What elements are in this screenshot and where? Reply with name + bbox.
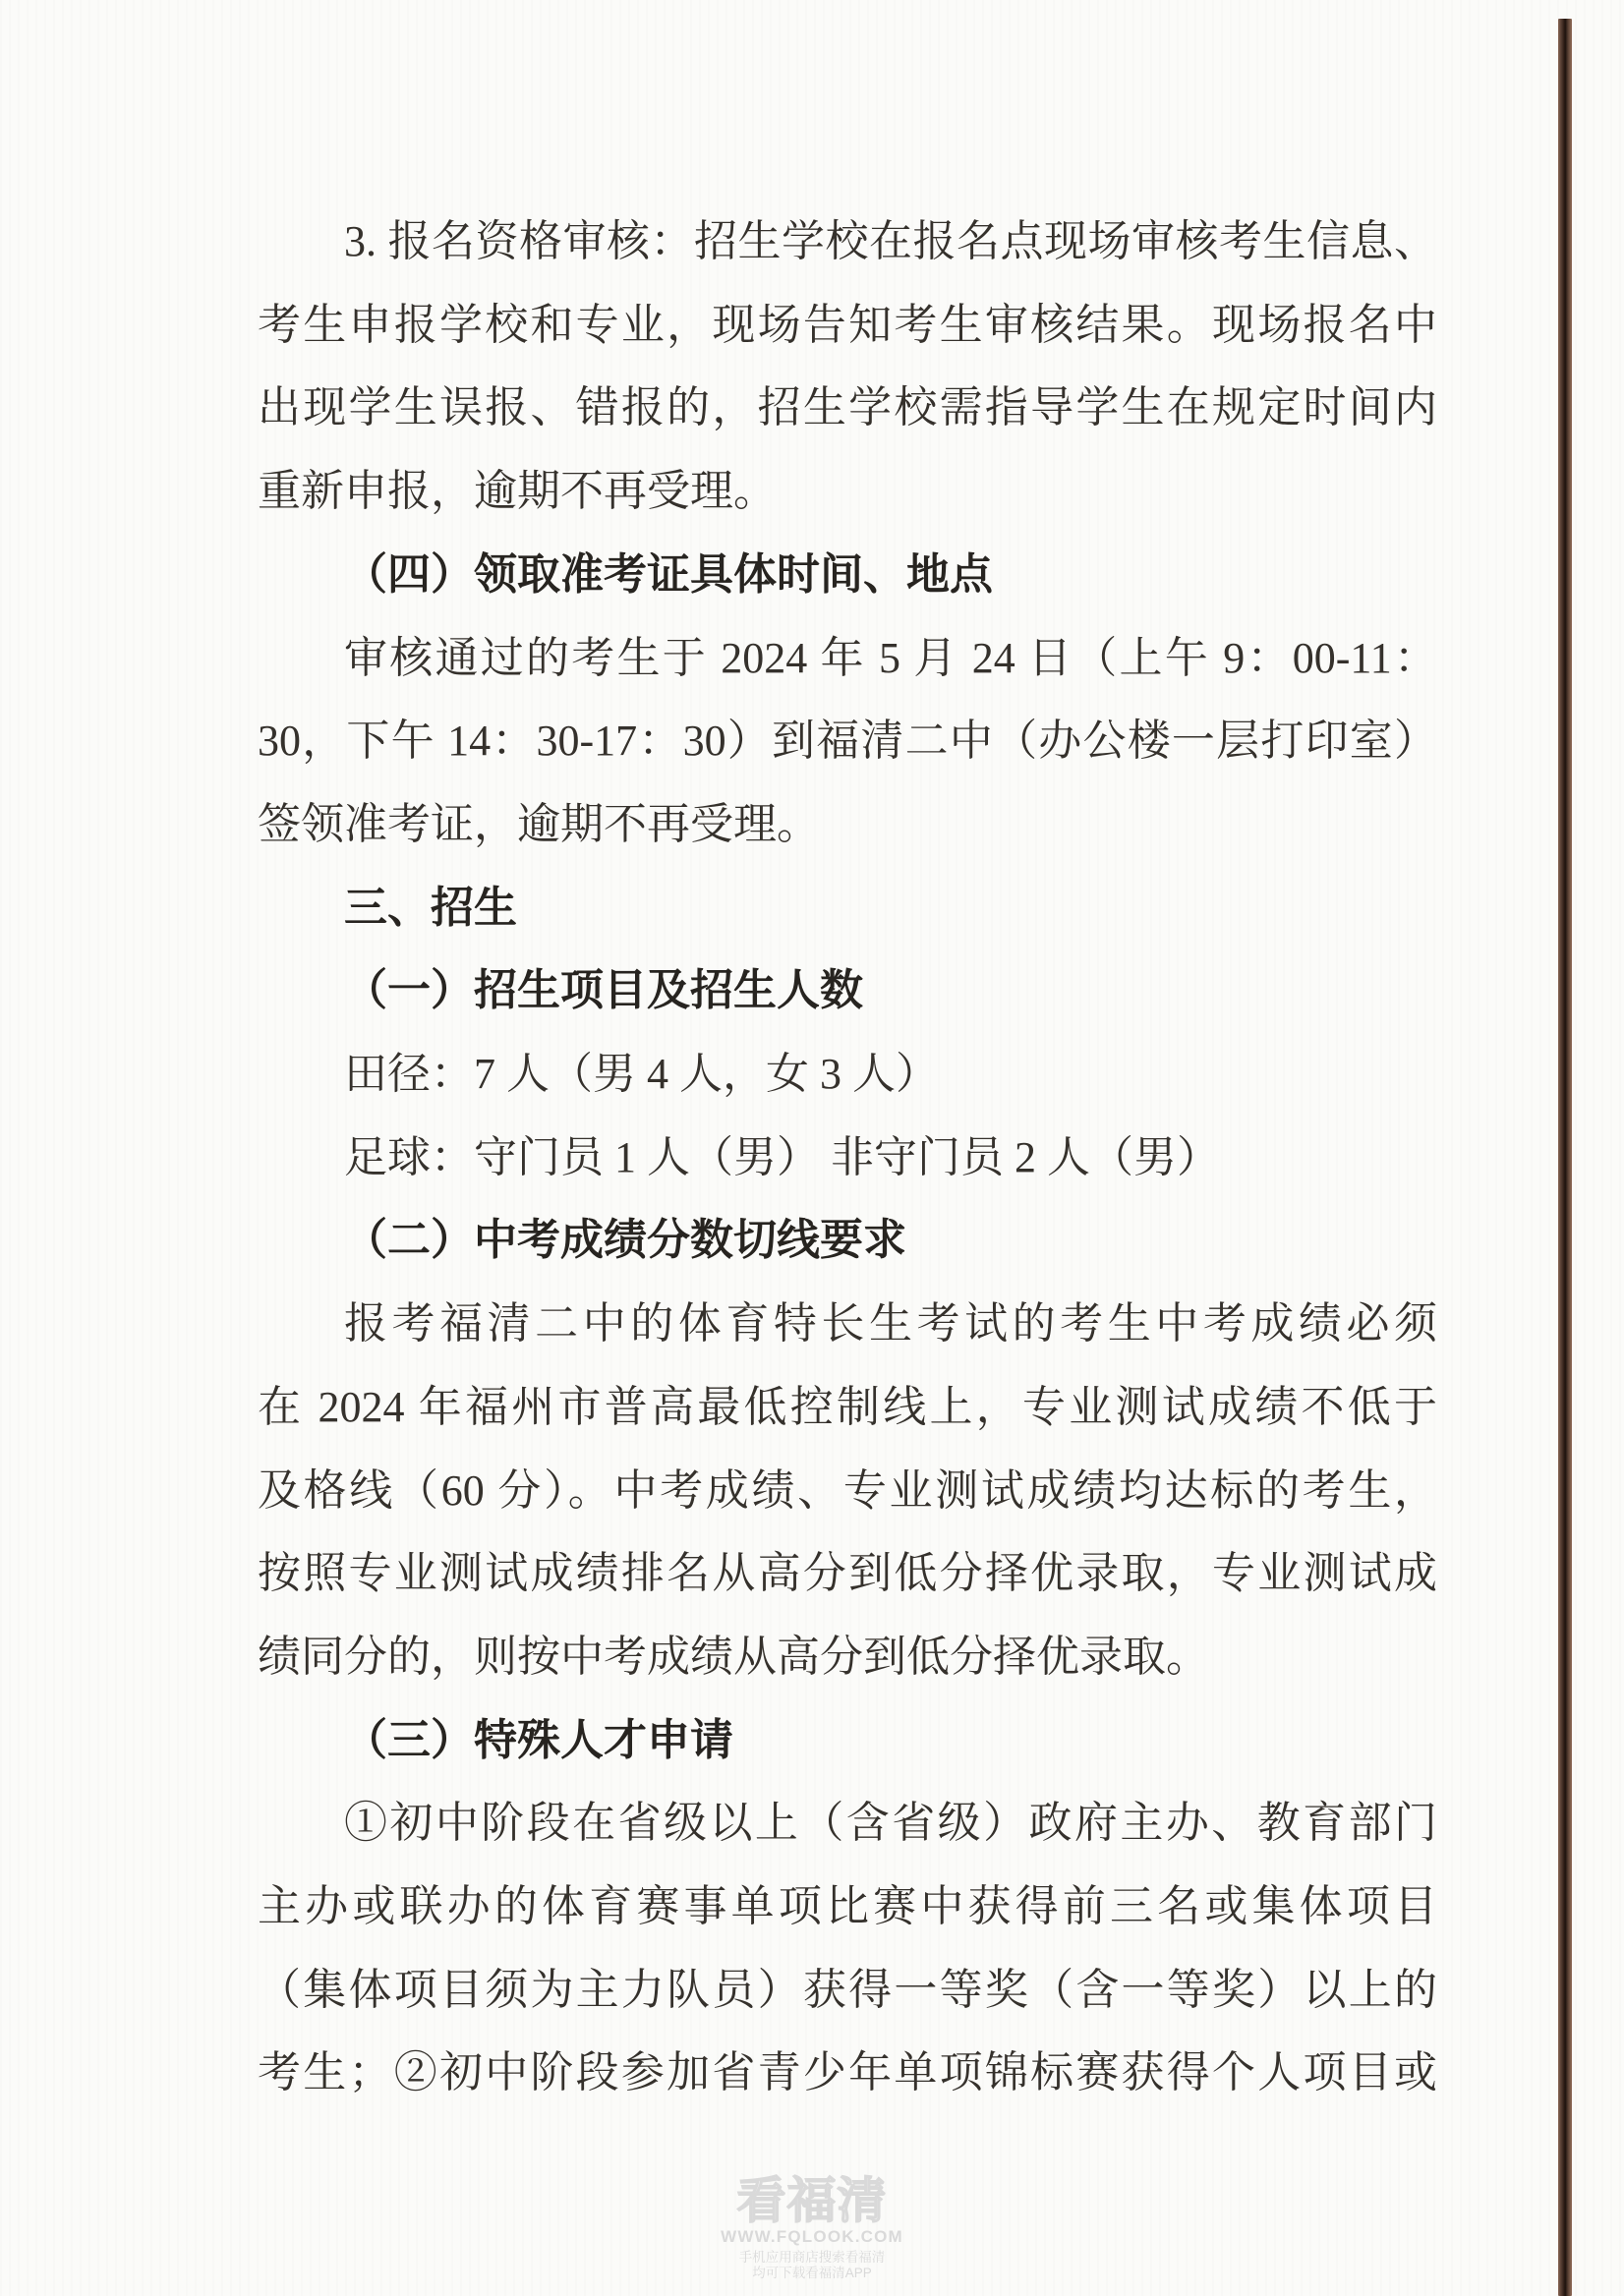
text-line: 审核通过的考生于 2024 年 5 月 24 日（上午 9：00-11： bbox=[258, 617, 1437, 701]
section-heading: （一）招生项目及招生人数 bbox=[258, 949, 1437, 1033]
section-heading: 三、招生 bbox=[258, 867, 1437, 950]
watermark: 看福清 WWW.FQLOOK.COM 手机应用商店搜索看福清 均可下载看福清AP… bbox=[0, 2174, 1624, 2280]
text-line: ①初中阶段在省级以上（含省级）政府主办、教育部门 bbox=[258, 1782, 1437, 1865]
section-heading: （二）中考成绩分数切线要求 bbox=[258, 1199, 1437, 1283]
watermark-website: WWW.FQLOOK.COM bbox=[0, 2228, 1624, 2245]
section-heading: （四）领取准考证具体时间、地点 bbox=[258, 534, 1437, 617]
text-line: 考生申报学校和专业，现场告知考生审核结果。现场报名中 bbox=[258, 284, 1437, 368]
text-line: 及格线（60 分）。中考成绩、专业测试成绩均达标的考生， bbox=[258, 1450, 1437, 1533]
text-line: 田径：7 人（男 4 人，女 3 人） bbox=[258, 1033, 1437, 1117]
text-line: 主办或联办的体育赛事单项比赛中获得前三名或集体项目 bbox=[258, 1865, 1437, 1949]
text-line: 重新申报，逾期不再受理。 bbox=[258, 450, 1437, 534]
watermark-logo-text: 看福清 bbox=[0, 2174, 1624, 2227]
binding-edge-line bbox=[1558, 19, 1572, 2296]
text-line: 按照专业测试成绩排名从高分到低分择优录取，专业测试成 bbox=[258, 1532, 1437, 1616]
document-page: 3. 报名资格审核：招生学校在报名点现场审核考生信息、考生申报学校和专业，现场告… bbox=[0, 0, 1624, 2296]
text-line: 足球：守门员 1 人（男） 非守门员 2 人（男） bbox=[258, 1117, 1437, 1200]
text-line: 绩同分的，则按中考成绩从高分到低分择优录取。 bbox=[258, 1616, 1437, 1699]
text-line: 考生；②初中阶段参加省青少年单项锦标赛获得个人项目或 bbox=[258, 2032, 1437, 2115]
document-body: 3. 报名资格审核：招生学校在报名点现场审核考生信息、考生申报学校和专业，现场告… bbox=[258, 201, 1437, 2115]
watermark-caption-2: 均可下载看福清APP bbox=[0, 2266, 1624, 2280]
text-line: 报考福清二中的体育特长生考试的考生中考成绩必须 bbox=[258, 1283, 1437, 1366]
text-line: 在 2024 年福州市普高最低控制线上，专业测试成绩不低于 bbox=[258, 1366, 1437, 1450]
watermark-caption-1: 手机应用商店搜索看福清 bbox=[0, 2250, 1624, 2265]
text-line: 出现学生误报、错报的，招生学校需指导学生在规定时间内 bbox=[258, 367, 1437, 450]
text-line: （集体项目须为主力队员）获得一等奖（含一等奖）以上的 bbox=[258, 1949, 1437, 2033]
text-line: 签领准考证，逾期不再受理。 bbox=[258, 783, 1437, 867]
text-line: 3. 报名资格审核：招生学校在报名点现场审核考生信息、 bbox=[258, 201, 1437, 284]
text-line: 30，下午 14：30-17：30）到福清二中（办公楼一层打印室） bbox=[258, 700, 1437, 783]
section-heading: （三）特殊人才申请 bbox=[258, 1699, 1437, 1783]
